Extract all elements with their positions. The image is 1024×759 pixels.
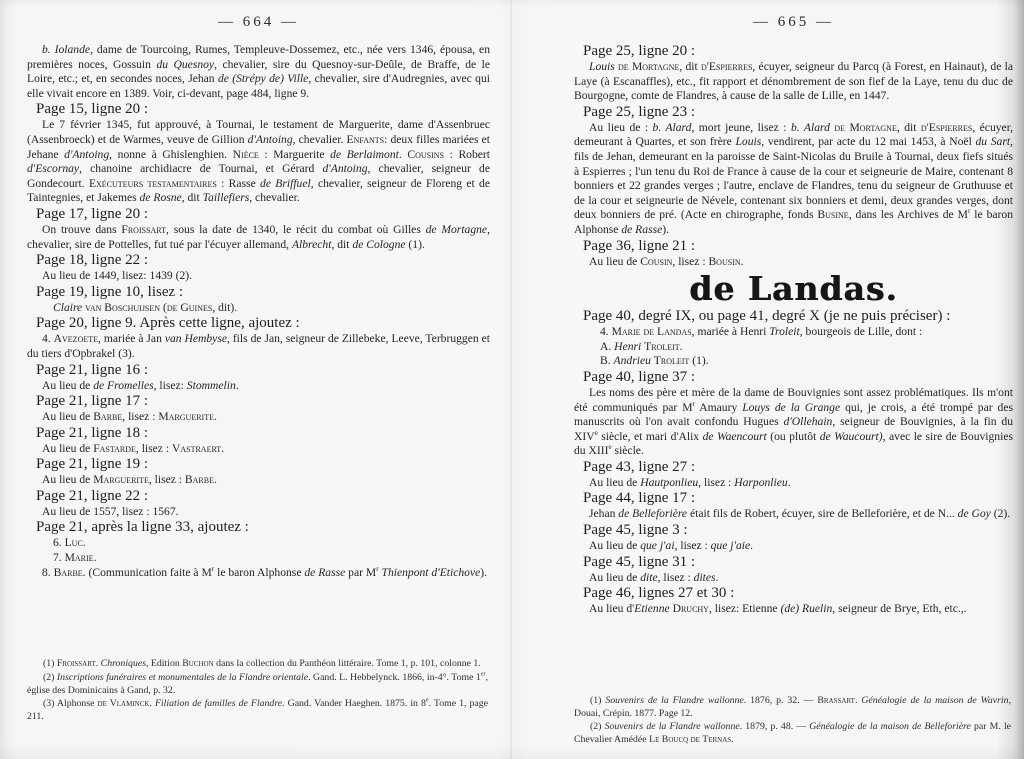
paragraph: Au lieu de Hautponlieu, lisez : Harponli… [574, 476, 1013, 491]
paragraph: Au lieu de Fastarde, lisez : Vastraert. [27, 442, 490, 457]
entry-heading: Page 20, ligne 9. Après cette ligne, ajo… [27, 315, 490, 332]
paragraph: Au lieu de de Fromelles, lisez: Stommeli… [27, 379, 490, 394]
paragraph: Au lieu de Marguerite, lisez : Barbe. [27, 473, 490, 488]
list-item: 6. Luc. [27, 536, 490, 551]
paragraph: Au lieu de 1557, lisez : 1567. [27, 505, 490, 520]
entry-heading: Page 45, ligne 3 : [574, 522, 1013, 539]
entry-heading: Page 18, ligne 22 : [27, 252, 490, 269]
footnote: (3) Alphonse de Vlaminck. Filiation de f… [27, 697, 488, 723]
list-item: 4. Marie de Landas, mariée à Henri Trole… [574, 325, 1013, 340]
page-content: Page 25, ligne 20 :Louis de Mortagne, di… [574, 43, 1013, 617]
paragraph: Au lieu de que j'ai, lisez : que j'aie. [574, 539, 1013, 554]
paragraph: Au lieu de Barbe, lisez : Marguerite. [27, 410, 490, 425]
list-item: Claire van Boschuijsen (de Guines, dit). [27, 301, 490, 316]
footnote: (1) Souvenirs de la Flandre wallonne. 18… [574, 694, 1011, 720]
entry-heading: Page 17, ligne 20 : [27, 206, 490, 223]
paragraph: Au lieu de : b. Alard, mort jeune, lisez… [574, 121, 1013, 238]
entry-heading: Page 45, ligne 31 : [574, 554, 1013, 571]
footnotes: (1) Froissart. Chroniques, Edition Bucho… [27, 657, 488, 723]
entry-heading: Page 21, ligne 18 : [27, 425, 490, 442]
page-number-header: — 665 — [574, 14, 1013, 31]
paragraph: Au lieu d'Etienne Druchy, lisez: Etienne… [574, 602, 1013, 617]
footnote: (2) Inscriptions funéraires et monumenta… [27, 671, 488, 697]
paragraph: Au lieu de 1449, lisez: 1439 (2). [27, 269, 490, 284]
entry-heading: Page 25, ligne 20 : [574, 43, 1013, 60]
entry-heading: Page 21, ligne 19 : [27, 456, 490, 473]
footnote: (2) Souvenirs de la Flandre wallonne. 18… [574, 720, 1011, 746]
section-title: de Landas. [574, 269, 1013, 308]
entry-heading: Page 21, ligne 17 : [27, 393, 490, 410]
paragraph: 8. Barbe. (Communication faite à Mr le b… [27, 566, 490, 581]
scanned-book-spread: — 664 — b. Iolande, dame de Tourcoing, R… [0, 0, 1024, 759]
entry-heading: Page 19, ligne 10, lisez : [27, 284, 490, 301]
entry-heading: Page 43, ligne 27 : [574, 459, 1013, 476]
entry-heading: Page 25, ligne 23 : [574, 104, 1013, 121]
entry-heading: Page 21, ligne 16 : [27, 362, 490, 379]
list-item: B. Andrieu Troleit (1). [574, 354, 1013, 369]
entry-heading: Page 40, degré IX, ou page 41, degré X (… [574, 308, 1013, 325]
entry-heading: Page 36, ligne 21 : [574, 238, 1013, 255]
page-664: — 664 — b. Iolande, dame de Tourcoing, R… [0, 0, 512, 759]
paragraph: Les noms des père et mère de la dame de … [574, 386, 1013, 459]
page-content: b. Iolande, dame de Tourcoing, Rumes, Te… [27, 43, 490, 580]
page-number-header: — 664 — [27, 14, 490, 31]
entry-heading: Page 21, après la ligne 33, ajoutez : [27, 519, 490, 536]
footnotes: (1) Souvenirs de la Flandre wallonne. 18… [574, 694, 1011, 747]
paragraph: Le 7 février 1345, fut approuvé, à Tourn… [27, 118, 490, 206]
footnote: (1) Froissart. Chroniques, Edition Bucho… [27, 657, 488, 670]
list-item: 7. Marie. [27, 551, 490, 566]
paragraph: On trouve dans Froissart, sous la date d… [27, 223, 490, 252]
entry-heading: Page 44, ligne 17 : [574, 490, 1013, 507]
paragraph: b. Iolande, dame de Tourcoing, Rumes, Te… [27, 43, 490, 101]
paragraph: Au lieu de dite, lisez : dites. [574, 571, 1013, 586]
entry-heading: Page 40, ligne 37 : [574, 369, 1013, 386]
list-item: A. Henri Troleit. [574, 340, 1013, 355]
paragraph: Au lieu de Cousin, lisez : Bousin. [574, 255, 1013, 270]
paragraph: Louis de Mortagne, dit d'Espierres, écuy… [574, 60, 1013, 104]
entry-heading: Page 15, ligne 20 : [27, 101, 490, 118]
page-665: — 665 — Page 25, ligne 20 :Louis de Mort… [512, 0, 1024, 759]
paragraph: 4. Avezoete, mariée à Jan van Hembyse, f… [27, 332, 490, 361]
paragraph: Jehan de Belleforière était fils de Robe… [574, 507, 1013, 522]
entry-heading: Page 21, ligne 22 : [27, 488, 490, 505]
entry-heading: Page 46, lignes 27 et 30 : [574, 585, 1013, 602]
